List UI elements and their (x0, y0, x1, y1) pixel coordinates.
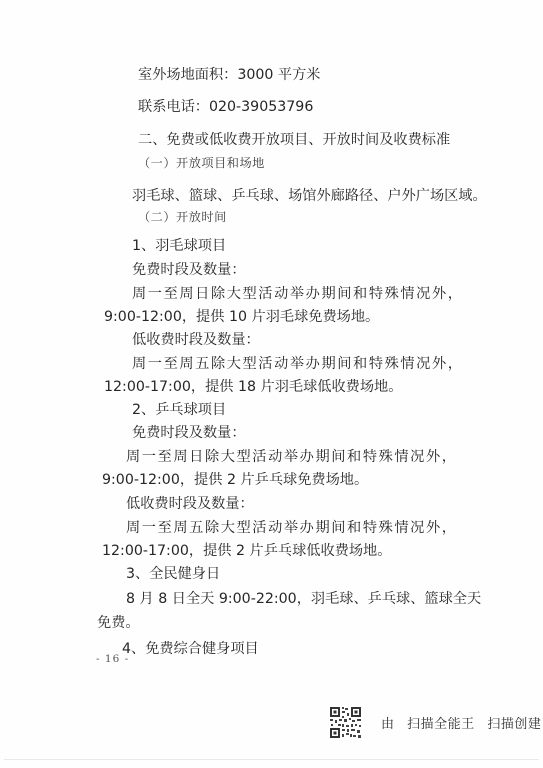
venues-line: 羽毛球、篮球、乒乓球、场馆外廊路径、户外广场区域。 (132, 187, 487, 205)
table-tennis-low-fee-condition: 周一至周五除大型活动举办期间和特殊情况外， (126, 519, 458, 537)
free-period-label-2: 免费时段及数量： (132, 424, 246, 442)
badminton-free-detail: 9:00-12:00，提供 10 片羽毛球免费场地。 (104, 308, 379, 326)
phone-line: 联系电话：020-39053796 (138, 98, 313, 116)
section-two-heading: 二、免费或低收费开放项目、开放时间及收费标准 (138, 131, 450, 149)
credit-action: 扫描创建 (487, 717, 541, 732)
qr-code-icon (328, 705, 363, 740)
item-fitness-day-heading: 3、全民健身日 (126, 565, 220, 583)
fitness-day-detail: 8 月 8 日全天 9:00-22:00，羽毛球、乒乓球、篮球全天 (126, 590, 481, 608)
item-table-tennis-heading: 2、乒乓球项目 (132, 401, 226, 419)
credit-by: 由 (381, 717, 395, 732)
free-period-label: 免费时段及数量： (132, 261, 246, 279)
table-tennis-free-detail: 9:00-12:00，提供 2 片乒乓球免费场地。 (102, 471, 368, 489)
credit-app-name: 扫描全能王 (407, 717, 475, 732)
subsection-one-heading: （一）开放项目和场地 (138, 154, 265, 172)
badminton-low-fee-condition: 周一至周五除大型活动举办期间和特殊情况外， (132, 355, 464, 373)
page-number: - 16 - (96, 653, 129, 665)
item-free-fitness-heading: 4、免费综合健身项目 (122, 640, 259, 658)
table-tennis-free-condition: 周一至周日除大型活动举办期间和特殊情况外， (126, 448, 458, 466)
page-edge-line (4, 759, 539, 760)
document-page: 室外场地面积：3000 平方米 联系电话：020-39053796 二、免费或低… (0, 0, 543, 768)
item-badminton-heading: 1、羽毛球项目 (132, 237, 226, 255)
fitness-day-detail-cont: 免费。 (97, 614, 140, 632)
low-fee-period-label-2: 低收费时段及数量： (126, 495, 254, 513)
badminton-low-fee-detail: 12:00-17:00，提供 18 片羽毛球低收费场地。 (104, 378, 402, 396)
outdoor-area-line: 室外场地面积：3000 平方米 (138, 66, 321, 84)
subsection-two-heading: （二）开放时间 (138, 208, 227, 226)
low-fee-period-label: 低收费时段及数量： (132, 331, 260, 349)
scanner-credit: 由 扫描全能王 扫描创建 (381, 713, 541, 732)
table-tennis-low-fee-detail: 12:00-17:00，提供 2 片乒乓球低收费场地。 (102, 542, 391, 560)
scanner-watermark: 由 扫描全能王 扫描创建 (328, 705, 541, 740)
badminton-free-condition: 周一至周日除大型活动举办期间和特殊情况外， (132, 285, 464, 303)
